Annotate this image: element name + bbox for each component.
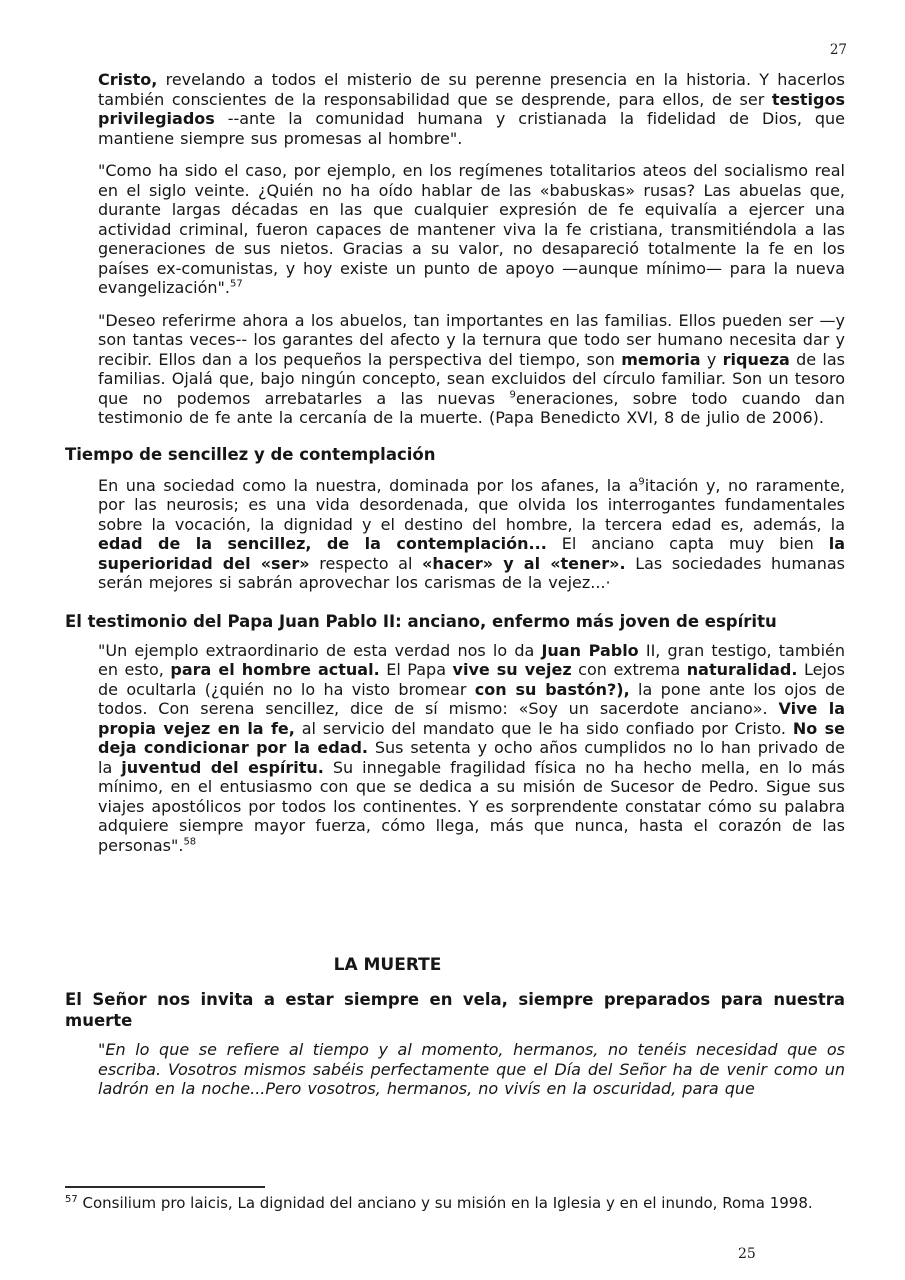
document-page: 27 Cristo, revelando a todos el misterio… bbox=[0, 0, 905, 1280]
footnote-divider bbox=[65, 1186, 265, 1188]
section-title-wrap: LA MUERTE bbox=[65, 954, 710, 976]
paragraph-babuskas: "Como ha sido el caso, por ejemplo, en l… bbox=[98, 161, 845, 298]
heading-testimonio-juan-pablo: El testimonio del Papa Juan Pablo II: an… bbox=[65, 611, 845, 632]
paragraph-sociedad: En una sociedad como la nuestra, dominad… bbox=[98, 476, 845, 593]
page-number-bottom: 25 bbox=[738, 1246, 756, 1262]
paragraph-cristo: Cristo, revelando a todos el misterio de… bbox=[98, 70, 845, 148]
section-title-la-muerte: LA MUERTE bbox=[334, 954, 442, 976]
footnote-area: 57 Consilium pro laicis, La dignidad del… bbox=[65, 1186, 845, 1213]
paragraph-ejemplo-juan-pablo: "Un ejemplo extraordinario de esta verda… bbox=[98, 641, 845, 856]
paragraph-cita-biblica: "En lo que se refiere al tiempo y al mom… bbox=[98, 1040, 845, 1099]
heading-senor-invita: El Señor nos invita a estar siempre en v… bbox=[65, 989, 845, 1031]
heading-tiempo-sencillez: Tiempo de sencillez y de contemplación bbox=[65, 444, 845, 465]
paragraph-abuelos: "Deseo referirme ahora a los abuelos, ta… bbox=[98, 311, 845, 428]
footnote-57: 57 Consilium pro laicis, La dignidad del… bbox=[65, 1194, 845, 1213]
page-content: Cristo, revelando a todos el misterio de… bbox=[65, 0, 845, 1099]
